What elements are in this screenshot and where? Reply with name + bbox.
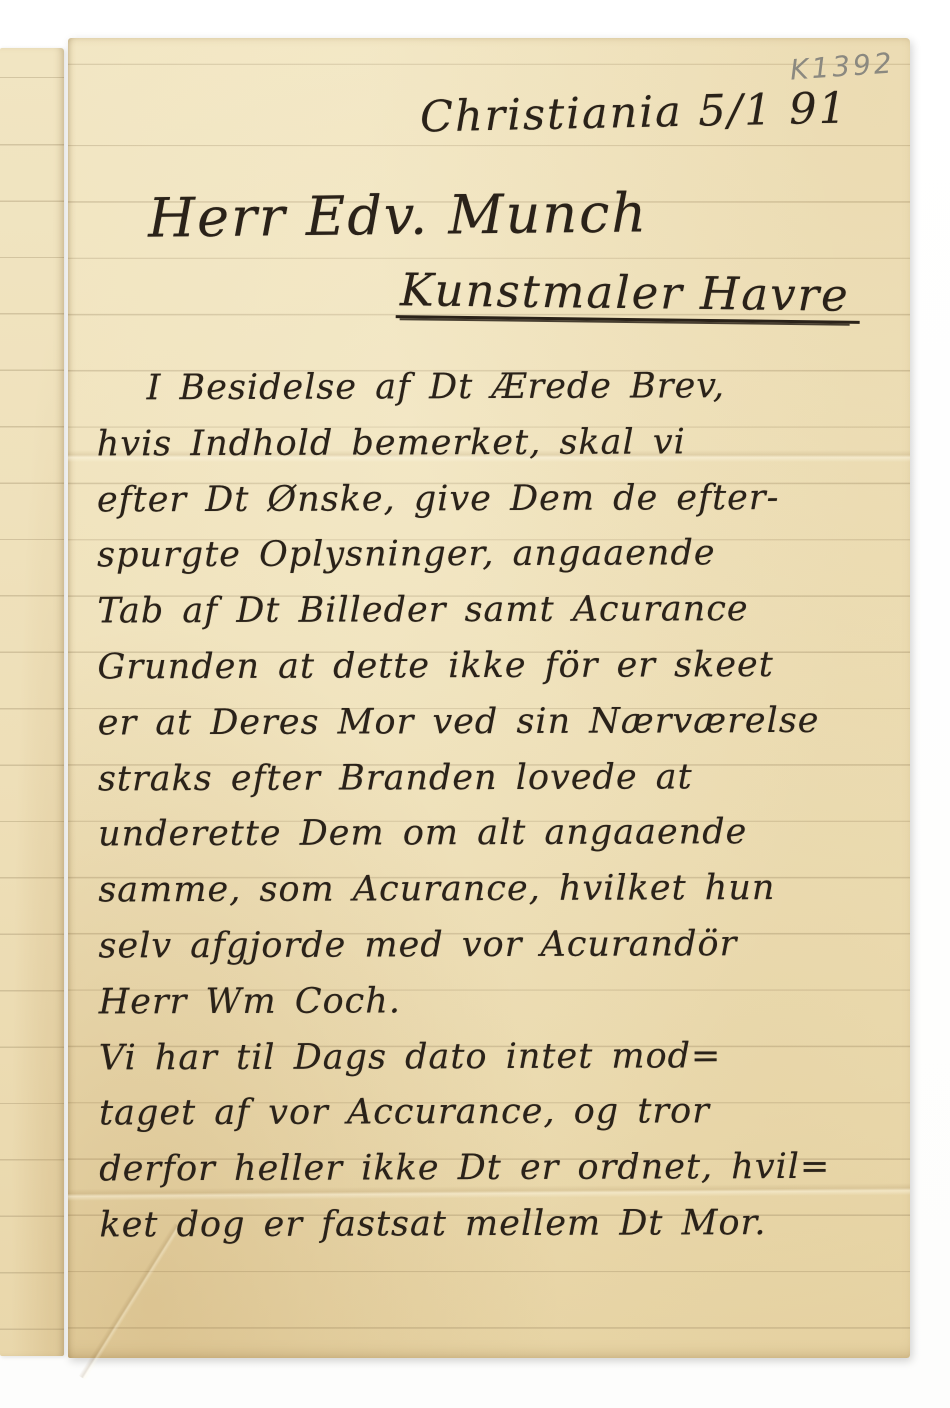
- body-line: selv afgjorde med vor Acurandör: [98, 917, 898, 976]
- recipient-title: Kunstmaler Havre: [396, 263, 860, 324]
- body-line: Herr Wm Coch.: [99, 972, 899, 1031]
- body-line: taget af vor Accurance, og tror: [99, 1084, 899, 1143]
- scanned-letter-background: K1392 Christiania 5/1 91 Herr Edv. Munch…: [0, 0, 950, 1408]
- body-line: efter Dt Ønske, give Dem de efter-: [97, 470, 897, 529]
- body-line: straks efter Branden lovede at: [98, 749, 898, 808]
- recipient-name: Herr Edv. Munch: [148, 181, 649, 249]
- body-line: ket dog er fastsat mellem Dt Mor.: [99, 1196, 899, 1255]
- body-line: spurgte Oplysninger, angaaende: [97, 526, 897, 585]
- catalog-mark: K1392: [789, 46, 896, 86]
- recipient-title-text: Kunstmaler Havre: [396, 263, 860, 324]
- body-line: derfor heller ikke Dt er ordnet, hvil=: [99, 1140, 899, 1199]
- body-line: underette Dem om alt angaaende: [98, 805, 898, 864]
- body-line: hvis Indhold bemerket, skal vi: [97, 414, 897, 473]
- body-line: I Besidelse af Dt Ærede Brev,: [96, 359, 896, 418]
- back-sheet-edge: [0, 48, 64, 1356]
- body-line: er at Deres Mor ved sin Nærværelse: [98, 693, 898, 752]
- date-line: Christiania 5/1 91: [420, 84, 849, 143]
- body-line: Vi har til Dags dato intet mod=: [99, 1028, 899, 1087]
- body-line: samme, som Acurance, hvilket hun: [98, 861, 898, 920]
- letter-page: K1392 Christiania 5/1 91 Herr Edv. Munch…: [68, 38, 910, 1358]
- body-line: Grunden at dette ikke för er skeet: [97, 638, 897, 697]
- body-line: Tab af Dt Billeder samt Acurance: [97, 582, 897, 641]
- letter-body: I Besidelse af Dt Ærede Brev, hvis Indho…: [96, 359, 899, 1255]
